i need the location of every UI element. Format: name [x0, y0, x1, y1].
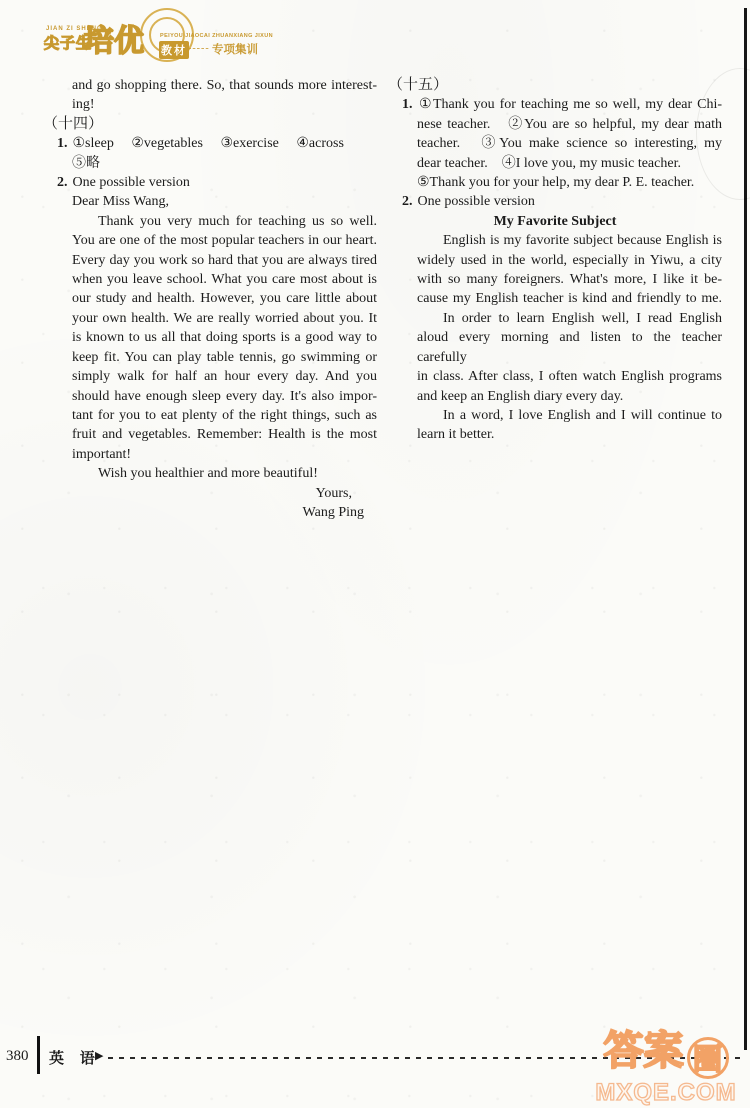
left-column: and go shopping there. So, that sounds m…: [43, 76, 377, 522]
item-number: 1.: [57, 136, 68, 151]
text-line: in class. After class, I often watch Eng…: [388, 367, 722, 386]
logo-main-title: 培优: [84, 16, 144, 60]
subject-label: 英 语: [49, 1047, 101, 1068]
logo-tagline: 专项集训: [212, 41, 258, 57]
text-line: Thank you very much for teaching us so w…: [43, 212, 377, 231]
text-line: is known to us all that doing sports is …: [43, 328, 377, 347]
answer-item-2: 2.One possible version: [43, 173, 377, 192]
text-line: Dear Miss Wang,: [43, 192, 377, 211]
section-heading-15: （十五）: [388, 76, 722, 95]
text-line: You are one of the most popular teachers…: [43, 231, 377, 250]
answer-item-1: 1.①sleep ②vegetables ③exercise ④across⑤略: [43, 134, 377, 173]
text-line: widely used in the world, especially in …: [388, 251, 722, 270]
watermark-site: MXQE.COM: [582, 1079, 750, 1107]
text-line: aloud every morning and listen to the te…: [388, 328, 722, 367]
text-line: teacher. ③You make science so interestin…: [388, 134, 722, 153]
answer-item-1: 1.①Thank you for teaching me so well, my…: [388, 95, 722, 192]
text-line: Every day you work so hard that you are …: [43, 251, 377, 270]
text-line: keep fit. You can play table tennis, go …: [43, 348, 377, 367]
text-line: fruit and vegetables. Remember: Health i…: [43, 425, 377, 444]
text-line: Yours,: [43, 484, 377, 503]
essay: English is my favorite subject because E…: [388, 231, 722, 444]
logo-tagline-english: PEIYOU JIAOCAI ZHUANXIANG JIXUN: [160, 33, 273, 39]
publisher-logo: JIAN ZI SHENG 尖子生 培优 PEIYOU JIAOCAI ZHUA…: [28, 6, 260, 68]
text-line: ⑤Thank you for your help, my dear P. E. …: [388, 173, 722, 192]
text-line: tant for you to eat plenty of the right …: [43, 406, 377, 425]
text-line: our study and health. However, you care …: [43, 289, 377, 308]
right-column: （十五）1.①Thank you for teaching me so well…: [388, 76, 722, 445]
text-line: （十四）: [43, 115, 377, 134]
arrow-icon: ▶: [95, 1049, 103, 1062]
text-line: should have enough sleep every day. It's…: [43, 387, 377, 406]
section-heading-14: （十四）: [43, 115, 377, 134]
text-line: with so many foreigners. What's more, I …: [388, 270, 722, 289]
text-line: when you leave school. What you care mos…: [43, 270, 377, 289]
text-line: cause my English teacher is kind and fri…: [388, 289, 722, 308]
text-line: and keep an English diary every day.: [388, 387, 722, 406]
text-line: ing!: [43, 95, 377, 114]
text-line: 1.①sleep ②vegetables ③exercise ④across: [43, 134, 377, 153]
item-number: 1.: [402, 97, 413, 112]
essay-title: My Favorite Subject: [388, 212, 722, 231]
text-line: 2.One possible version: [43, 173, 377, 192]
text-line: （十五）: [388, 76, 722, 95]
text-line: ⑤略: [43, 154, 377, 173]
text-line: Wang Ping: [43, 503, 377, 522]
text-line: simply walk for half an hour every day. …: [43, 367, 377, 386]
text-line: dear teacher. ④I love you, my music teac…: [388, 154, 722, 173]
text-line: and go shopping there. So, that sounds m…: [43, 76, 377, 95]
text-line: important!: [43, 445, 377, 464]
text-line: In a word, I love English and I will con…: [388, 406, 722, 425]
text-line: 1.①Thank you for teaching me so well, my…: [388, 95, 722, 114]
paragraph-continuation: and go shopping there. So, that sounds m…: [43, 76, 377, 115]
text-line: Wish you healthier and more beautiful!: [43, 464, 377, 483]
text-line: learn it better.: [388, 425, 722, 444]
text-line: In order to learn English well, I read E…: [388, 309, 722, 328]
item-number: 2.: [402, 194, 413, 209]
text-line: English is my favorite subject because E…: [388, 231, 722, 250]
footer-divider: [37, 1036, 40, 1074]
logo-subtitle: 教材: [159, 41, 189, 59]
page-number: 380: [6, 1048, 29, 1065]
answer-item-2: 2.One possible version: [388, 192, 722, 211]
watermark-brand-text: 答案: [604, 1028, 684, 1073]
watermark-circle-icon: 圈: [687, 1037, 729, 1079]
text-line: My Favorite Subject: [388, 212, 722, 231]
text-line: 2.One possible version: [388, 192, 722, 211]
watermark-brand: 答案圈: [582, 1028, 750, 1079]
text-line: nese teacher. ②You are so helpful, my de…: [388, 115, 722, 134]
letter: Dear Miss Wang,Thank you very much for t…: [43, 192, 377, 522]
text-line: your own health. We are really worried a…: [43, 309, 377, 328]
logo-dashes: -----: [188, 43, 210, 54]
item-number: 2.: [57, 175, 68, 190]
scanned-page: JIAN ZI SHENG 尖子生 培优 PEIYOU JIAOCAI ZHUA…: [0, 0, 750, 1108]
watermark: 答案圈 MXQE.COM: [582, 1028, 750, 1107]
